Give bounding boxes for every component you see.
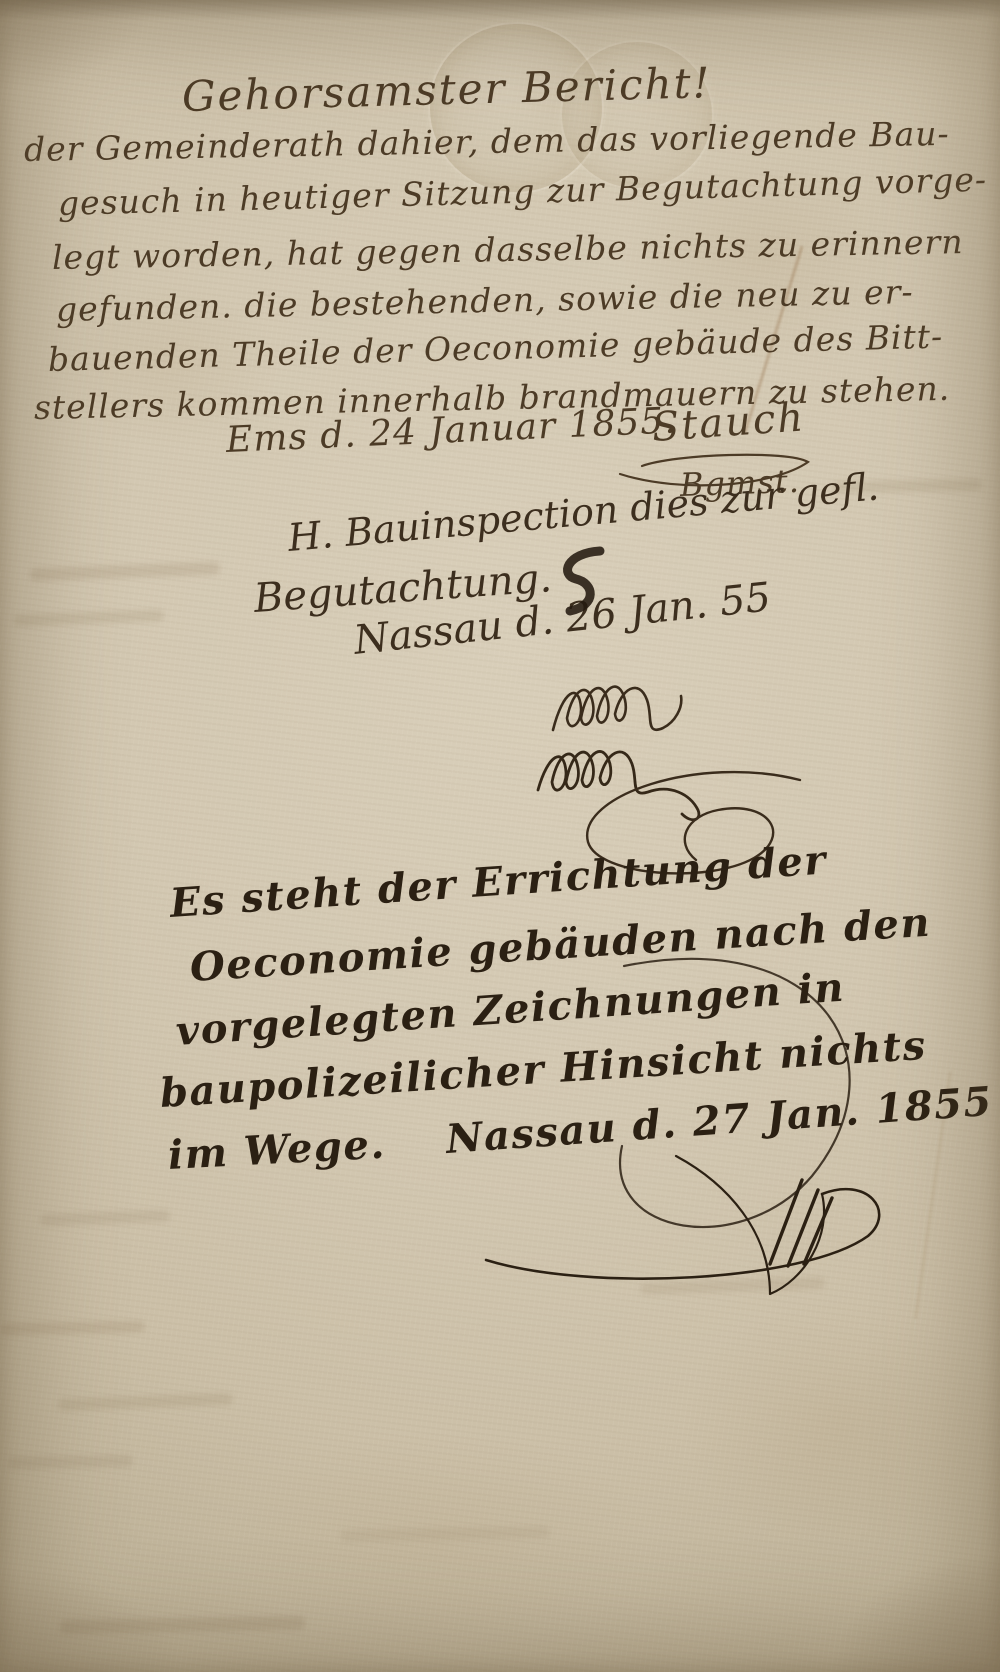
ink-showthrough (58, 1393, 233, 1411)
decision-line: Es steht der Errichtung der (168, 836, 828, 927)
ink-showthrough (832, 479, 982, 494)
report-body-line: bauenden Theile der Oeconomie gebäude de… (47, 317, 943, 379)
ink-showthrough (340, 1526, 550, 1542)
ink-showthrough (0, 1321, 145, 1336)
report-signature: Stauch (650, 394, 806, 451)
paper-stain (230, 1430, 650, 1640)
report-body-line: gefunden. die bestehenden, sowie die neu… (56, 272, 914, 329)
paper-stain (620, 150, 900, 360)
photo-vignette (0, 0, 1000, 1672)
paper-crease (915, 1071, 952, 1319)
decision-closing: im Wege. (167, 1121, 387, 1179)
report-dateline: Ems d. 24 Januar 1855. (225, 400, 677, 461)
signature-scrawl-2 (532, 728, 762, 828)
paper-texture (0, 0, 1000, 1672)
decision-dateline: Nassau d. 27 Jan. 1855 (444, 1078, 994, 1163)
decision-line: Oeconomie gebäuden nach den (189, 899, 933, 991)
referral-line: Nassau d. 26 Jan. 55 (352, 574, 773, 664)
signature-scrawl-1 (545, 660, 745, 752)
decision-line: vorgelegten Zeichnungen in (174, 964, 846, 1055)
decision-line: baupolizeilicher Hinsicht nichts (159, 1022, 928, 1117)
paper-stain (60, 280, 280, 450)
ink-showthrough (8, 1455, 133, 1469)
ink-blot (548, 545, 618, 625)
embossed-seal (428, 22, 604, 194)
ink-showthrough (640, 1277, 825, 1295)
referral-line: Begutachtung. (252, 555, 553, 622)
referral-line: H. Bauinspection dies zur gefl. (286, 464, 881, 560)
ink-showthrough (40, 1210, 170, 1227)
paper-stain (680, 1300, 1000, 1550)
signature-underline-flourish (612, 448, 822, 496)
report-heading: Gehorsamster Bericht! (181, 58, 712, 121)
report-body-line: gesuch in heutiger Sitzung zur Begutacht… (57, 160, 987, 223)
ink-showthrough (14, 609, 164, 626)
embossed-seal-secondary (560, 40, 714, 190)
report-body-line: stellers kommen innerhalb brandmauern zu… (34, 369, 951, 427)
large-pen-flourish (548, 764, 828, 914)
report-signer-title: Bgmst. (679, 462, 800, 504)
paper-crease (744, 246, 804, 433)
final-signature-scrawl (470, 1150, 930, 1310)
report-body-line: legt worden, hat gegen dasselbe nichts z… (52, 222, 964, 277)
ink-showthrough (60, 1616, 305, 1634)
manuscript-page: Gehorsamster Bericht! der Gemeinderath d… (0, 0, 1000, 1672)
report-body-line: der Gemeinderath dahier, dem das vorlieg… (24, 114, 950, 169)
decision-large-loop (560, 944, 960, 1274)
ink-showthrough (30, 562, 220, 582)
